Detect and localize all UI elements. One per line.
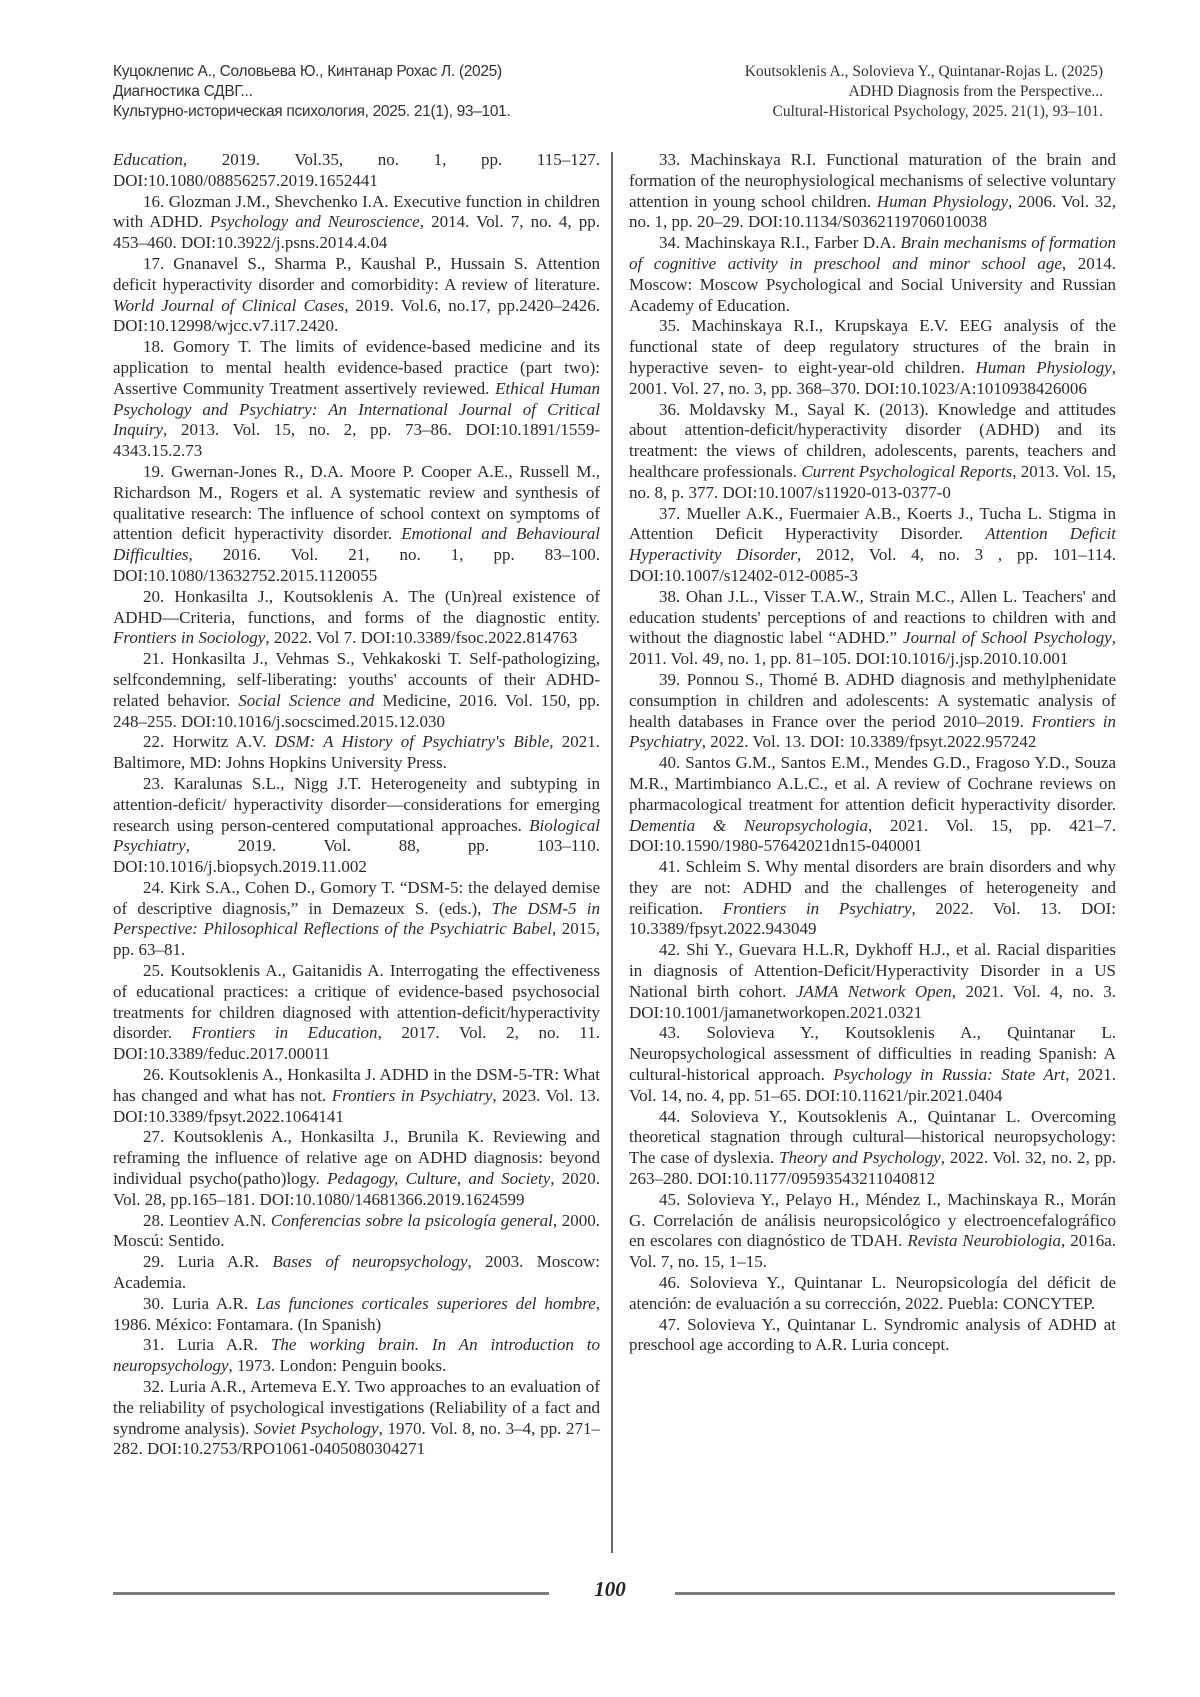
reference-source-title: Current Psychological Reports	[801, 462, 1012, 481]
reference-details: , 2013. Vol. 15, no. 2, pp. 73–86. DOI:1…	[113, 420, 600, 460]
header-ru-title: Диагностика СДВГ...	[113, 82, 511, 102]
column-divider	[611, 152, 613, 1553]
header-english: Koutsoklenis A., Solovieva Y., Quintanar…	[745, 62, 1103, 122]
reference-text: 22. Horwitz A.V.	[143, 732, 275, 751]
reference-source-title: Frontiers in Sociology	[113, 628, 265, 647]
reference-source-title: Education	[113, 150, 183, 169]
references-left-column: Education, 2019. Vol.35, no. 1, pp. 115–…	[113, 150, 600, 1460]
reference-item: Education, 2019. Vol.35, no. 1, pp. 115–…	[113, 150, 600, 192]
reference-text: 46. Solovieva Y., Quintanar L. Neuropsic…	[629, 1273, 1116, 1313]
reference-text: 40. Santos G.M., Santos E.M., Mendes G.D…	[629, 753, 1116, 814]
reference-source-title: Revista Neurobiologia	[907, 1231, 1061, 1250]
footer-rule-left	[113, 1592, 549, 1595]
reference-item: 45. Solovieva Y., Pelayo H., Méndez I., …	[629, 1190, 1116, 1273]
reference-source-title: JAMA Network Open	[796, 982, 952, 1001]
header-russian: Куцоклепис А., Соловьева Ю., Кинтанар Ро…	[113, 62, 511, 122]
reference-source-title: Human Physiology	[877, 192, 1008, 211]
reference-source-title: Frontiers in Psychiatry	[332, 1086, 493, 1105]
footer-rule-right	[675, 1592, 1115, 1595]
reference-source-title: Frontiers in Psychiatry	[723, 899, 912, 918]
reference-source-title: Psychology and Neuroscience	[210, 212, 420, 231]
reference-item: 17. Gnanavel S., Sharma P., Kaushal P., …	[113, 254, 600, 337]
header-ru-authors: Куцоклепис А., Соловьева Ю., Кинтанар Ро…	[113, 62, 511, 82]
reference-text: 34. Machinskaya R.I., Farber D.A.	[659, 233, 900, 252]
reference-details: , 2019. Vol. 88, pp. 103–110. DOI:10.101…	[113, 836, 600, 876]
reference-source-title: Psychology in Russia: State Art	[833, 1065, 1065, 1084]
reference-item: 31. Luria A.R. The working brain. In An …	[113, 1335, 600, 1377]
reference-item: 22. Horwitz A.V. DSM: A History of Psych…	[113, 732, 600, 774]
reference-item: 34. Machinskaya R.I., Farber D.A. Brain …	[629, 233, 1116, 316]
reference-item: 23. Karalunas S.L., Nigg J.T. Heterogene…	[113, 774, 600, 878]
reference-source-title: Bases of neuropsychology	[272, 1252, 467, 1271]
reference-item: 35. Machinskaya R.I., Krupskaya E.V. EEG…	[629, 316, 1116, 399]
reference-item: 44. Solovieva Y., Koutsoklenis A., Quint…	[629, 1107, 1116, 1190]
header-en-authors: Koutsoklenis A., Solovieva Y., Quintanar…	[745, 62, 1103, 82]
reference-source-title: Soviet Psychology	[254, 1419, 379, 1438]
header-en-journal: Cultural-Historical Psychology, 2025. 21…	[745, 102, 1103, 122]
header-en-title: ADHD Diagnosis from the Perspective...	[745, 82, 1103, 102]
reference-item: 29. Luria A.R. Bases of neuropsychology,…	[113, 1252, 600, 1294]
reference-source-title: DSM: A History of Psychiatry's Bible	[275, 732, 550, 751]
reference-source-title: Frontiers in Education	[192, 1023, 378, 1042]
reference-source-title: Social Science and	[238, 691, 374, 710]
reference-text: 17. Gnanavel S., Sharma P., Kaushal P., …	[113, 254, 600, 294]
reference-source-title: Conferencias sobre la psicología general	[271, 1211, 553, 1230]
reference-text: 30. Luria A.R.	[143, 1294, 256, 1313]
reference-item: 41. Schleim S. Why mental disorders are …	[629, 857, 1116, 940]
reference-item: 46. Solovieva Y., Quintanar L. Neuropsic…	[629, 1273, 1116, 1315]
reference-details: , 1973. London: Penguin books.	[229, 1356, 447, 1375]
reference-text: 28. Leontiev A.N.	[143, 1211, 271, 1230]
reference-text: 47. Solovieva Y., Quintanar L. Syndromic…	[629, 1315, 1116, 1355]
reference-source-title: Journal of School Psychology	[903, 628, 1112, 647]
reference-item: 38. Ohan J.L., Visser T.A.W., Strain M.C…	[629, 587, 1116, 670]
reference-source-title: Dementia & Neuropsychologia	[629, 816, 868, 835]
reference-item: 25. Koutsoklenis A., Gaitanidis A. Inter…	[113, 961, 600, 1065]
reference-item: 18. Gomory T. The limits of evidence-bas…	[113, 337, 600, 462]
reference-source-title: Pedagogy, Culture, and Society	[327, 1169, 550, 1188]
reference-item: 33. Machinskaya R.I. Functional maturati…	[629, 150, 1116, 233]
reference-item: 28. Leontiev A.N. Conferencias sobre la …	[113, 1211, 600, 1253]
reference-item: 37. Mueller A.K., Fuermaier A.B., Koerts…	[629, 504, 1116, 587]
reference-item: 47. Solovieva Y., Quintanar L. Syndromic…	[629, 1315, 1116, 1357]
header-ru-journal: Культурно-историческая психология, 2025.…	[113, 102, 511, 122]
reference-details: , 2022. Vol. 13. DOI: 10.3389/fpsyt.2022…	[702, 732, 1037, 751]
reference-item: 43. Solovieva Y., Koutsoklenis A., Quint…	[629, 1023, 1116, 1106]
reference-item: 19. Gwernan-Jones R., D.A. Moore P. Coop…	[113, 462, 600, 587]
reference-item: 39. Ponnou S., Thomé B. ADHD diagnosis a…	[629, 670, 1116, 753]
reference-item: 26. Koutsoklenis A., Honkasilta J. ADHD …	[113, 1065, 600, 1127]
reference-item: 21. Honkasilta J., Vehmas S., Vehkakoski…	[113, 649, 600, 732]
reference-item: 24. Kirk S.A., Cohen D., Gomory T. “DSM-…	[113, 878, 600, 961]
reference-source-title: Las funciones corticales superiores del …	[256, 1294, 596, 1313]
reference-item: 16. Glozman J.M., Shevchenko I.A. Execut…	[113, 192, 600, 254]
reference-item: 27. Koutsoklenis A., Honkasilta J., Brun…	[113, 1127, 600, 1210]
references-right-column: 33. Machinskaya R.I. Functional maturati…	[629, 150, 1116, 1356]
reference-item: 30. Luria A.R. Las funciones corticales …	[113, 1294, 600, 1336]
reference-item: 20. Honkasilta J., Koutsoklenis A. The (…	[113, 587, 600, 649]
reference-details: , 2019. Vol.35, no. 1, pp. 115–127. DOI:…	[113, 150, 600, 190]
page-number: 100	[560, 1577, 660, 1602]
reference-text: 29. Luria A.R.	[143, 1252, 272, 1271]
reference-source-title: Human Physiology	[975, 358, 1111, 377]
reference-text: 20. Honkasilta J., Koutsoklenis A. The (…	[113, 587, 600, 627]
reference-item: 36. Moldavsky M., Sayal K. (2013). Knowl…	[629, 400, 1116, 504]
reference-source-title: World Journal of Clinical Cases	[113, 296, 344, 315]
reference-text: 31. Luria A.R.	[143, 1335, 271, 1354]
reference-item: 40. Santos G.M., Santos E.M., Mendes G.D…	[629, 753, 1116, 857]
reference-text: 23. Karalunas S.L., Nigg J.T. Heterogene…	[113, 774, 600, 835]
reference-item: 42. Shi Y., Guevara H.L.R, Dykhoff H.J.,…	[629, 940, 1116, 1023]
reference-source-title: Theory and Psychology	[779, 1148, 941, 1167]
running-header: Куцоклепис А., Соловьева Ю., Кинтанар Ро…	[113, 62, 1103, 122]
reference-item: 32. Luria A.R., Artemeva E.Y. Two approa…	[113, 1377, 600, 1460]
reference-details: , 2022. Vol 7. DOI:10.3389/fsoc.2022.814…	[265, 628, 577, 647]
